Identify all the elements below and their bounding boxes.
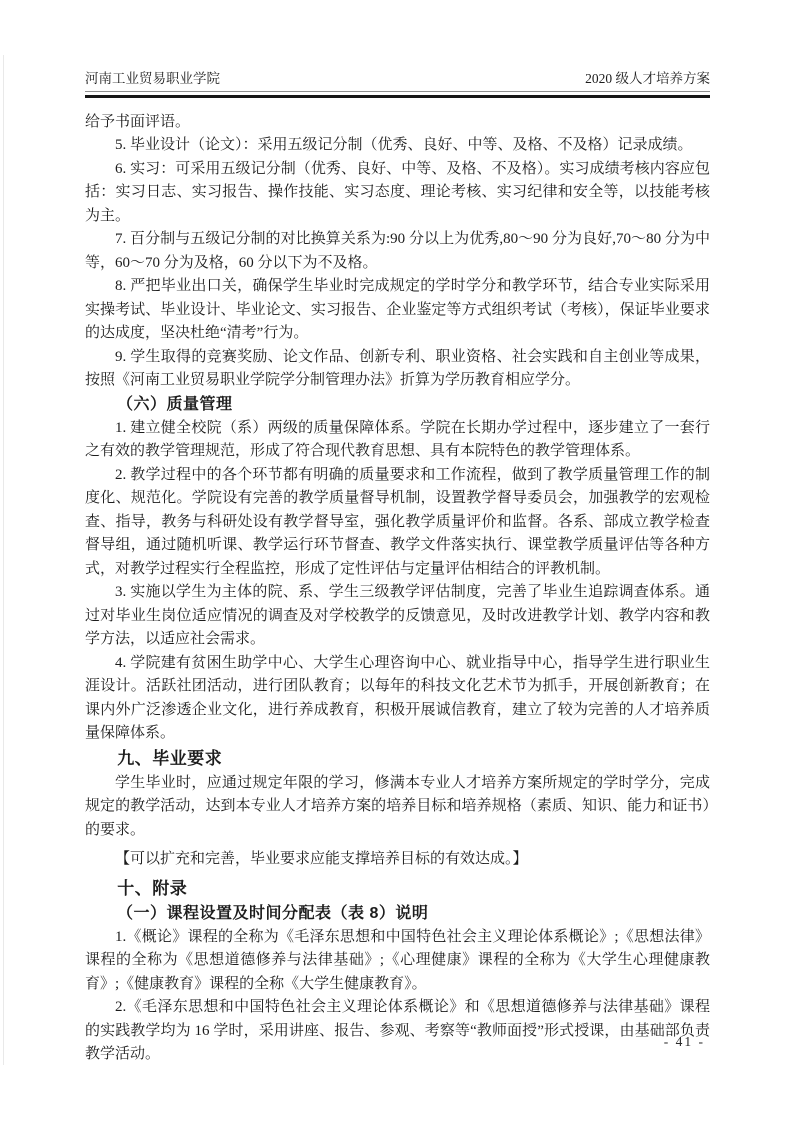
body-paragraph: 1.《概论》课程的全称为《毛泽东思想和中国特色社会主义理论体系概论》;《思想法律… <box>85 926 710 997</box>
section-subheading: （六）质量管理 <box>85 393 710 417</box>
scan-edge-line <box>3 55 4 1065</box>
body-paragraph: 9. 学生取得的竞赛奖励、论文作品、创新专利、职业资格、社会实践和自主创业等成果… <box>85 346 710 393</box>
page-content: 河南工业贸易职业学院 2020 级人才培养方案 给予书面评语。5. 毕业设计（论… <box>85 70 710 1067</box>
section-heading: 十、附录 <box>85 876 710 902</box>
header-rule <box>85 95 710 98</box>
body-paragraph: 给予书面评语。 <box>85 111 710 135</box>
body-paragraph: 6. 实习：可采用五级记分制（优秀、良好、中等、及格、不及格）。实习成绩考核内容… <box>85 158 710 229</box>
page-header: 河南工业贸易职业学院 2020 级人才培养方案 <box>85 70 710 92</box>
header-doc-title: 2020 级人才培养方案 <box>585 70 710 88</box>
body-note-paragraph: 【可以扩充和完善，毕业要求应能支撑培养目标的有效达成。】 <box>85 848 710 872</box>
body-paragraph: 7. 百分制与五级记分制的对比换算关系为:90 分以上为优秀,80～90 分为良… <box>85 228 710 275</box>
body-paragraph: 学生毕业时，应通过规定年限的学习，修满本专业人才培养方案所规定的学时学分，完成规… <box>85 772 710 843</box>
document-body: 给予书面评语。5. 毕业设计（论文）：采用五级记分制（优秀、良好、中等、及格、不… <box>85 111 710 1067</box>
body-paragraph: 8. 严把毕业出口关，确保学生毕业时完成规定的学时学分和教学环节，结合专业实际采… <box>85 275 710 346</box>
page-number: - 41 - <box>664 1034 705 1050</box>
section-heading: 九、毕业要求 <box>85 746 710 772</box>
document-page: 河南工业贸易职业学院 2020 级人才培养方案 给予书面评语。5. 毕业设计（论… <box>0 0 793 1122</box>
body-paragraph: 1. 建立健全校院（系）两级的质量保障体系。学院在长期办学过程中，逐步建立了一套… <box>85 417 710 464</box>
body-paragraph: 4. 学院建有贫困生助学中心、大学生心理咨询中心、就业指导中心，指导学生进行职业… <box>85 652 710 746</box>
body-paragraph: 5. 毕业设计（论文）：采用五级记分制（优秀、良好、中等、及格、不及格）记录成绩… <box>85 134 710 158</box>
body-paragraph: 3. 实施以学生为主体的院、系、学生三级教学评估制度，完善了毕业生追踪调查体系。… <box>85 581 710 652</box>
header-school-name: 河南工业贸易职业学院 <box>85 70 220 88</box>
body-paragraph: 2.《毛泽东思想和中国特色社会主义理论体系概论》和《思想道德修养与法律基础》课程… <box>85 996 710 1067</box>
section-subheading: （一）课程设置及时间分配表（表 8）说明 <box>85 902 710 926</box>
body-paragraph: 2. 教学过程中的各个环节都有明确的质量要求和工作流程，做到了教学质量管理工作的… <box>85 464 710 582</box>
